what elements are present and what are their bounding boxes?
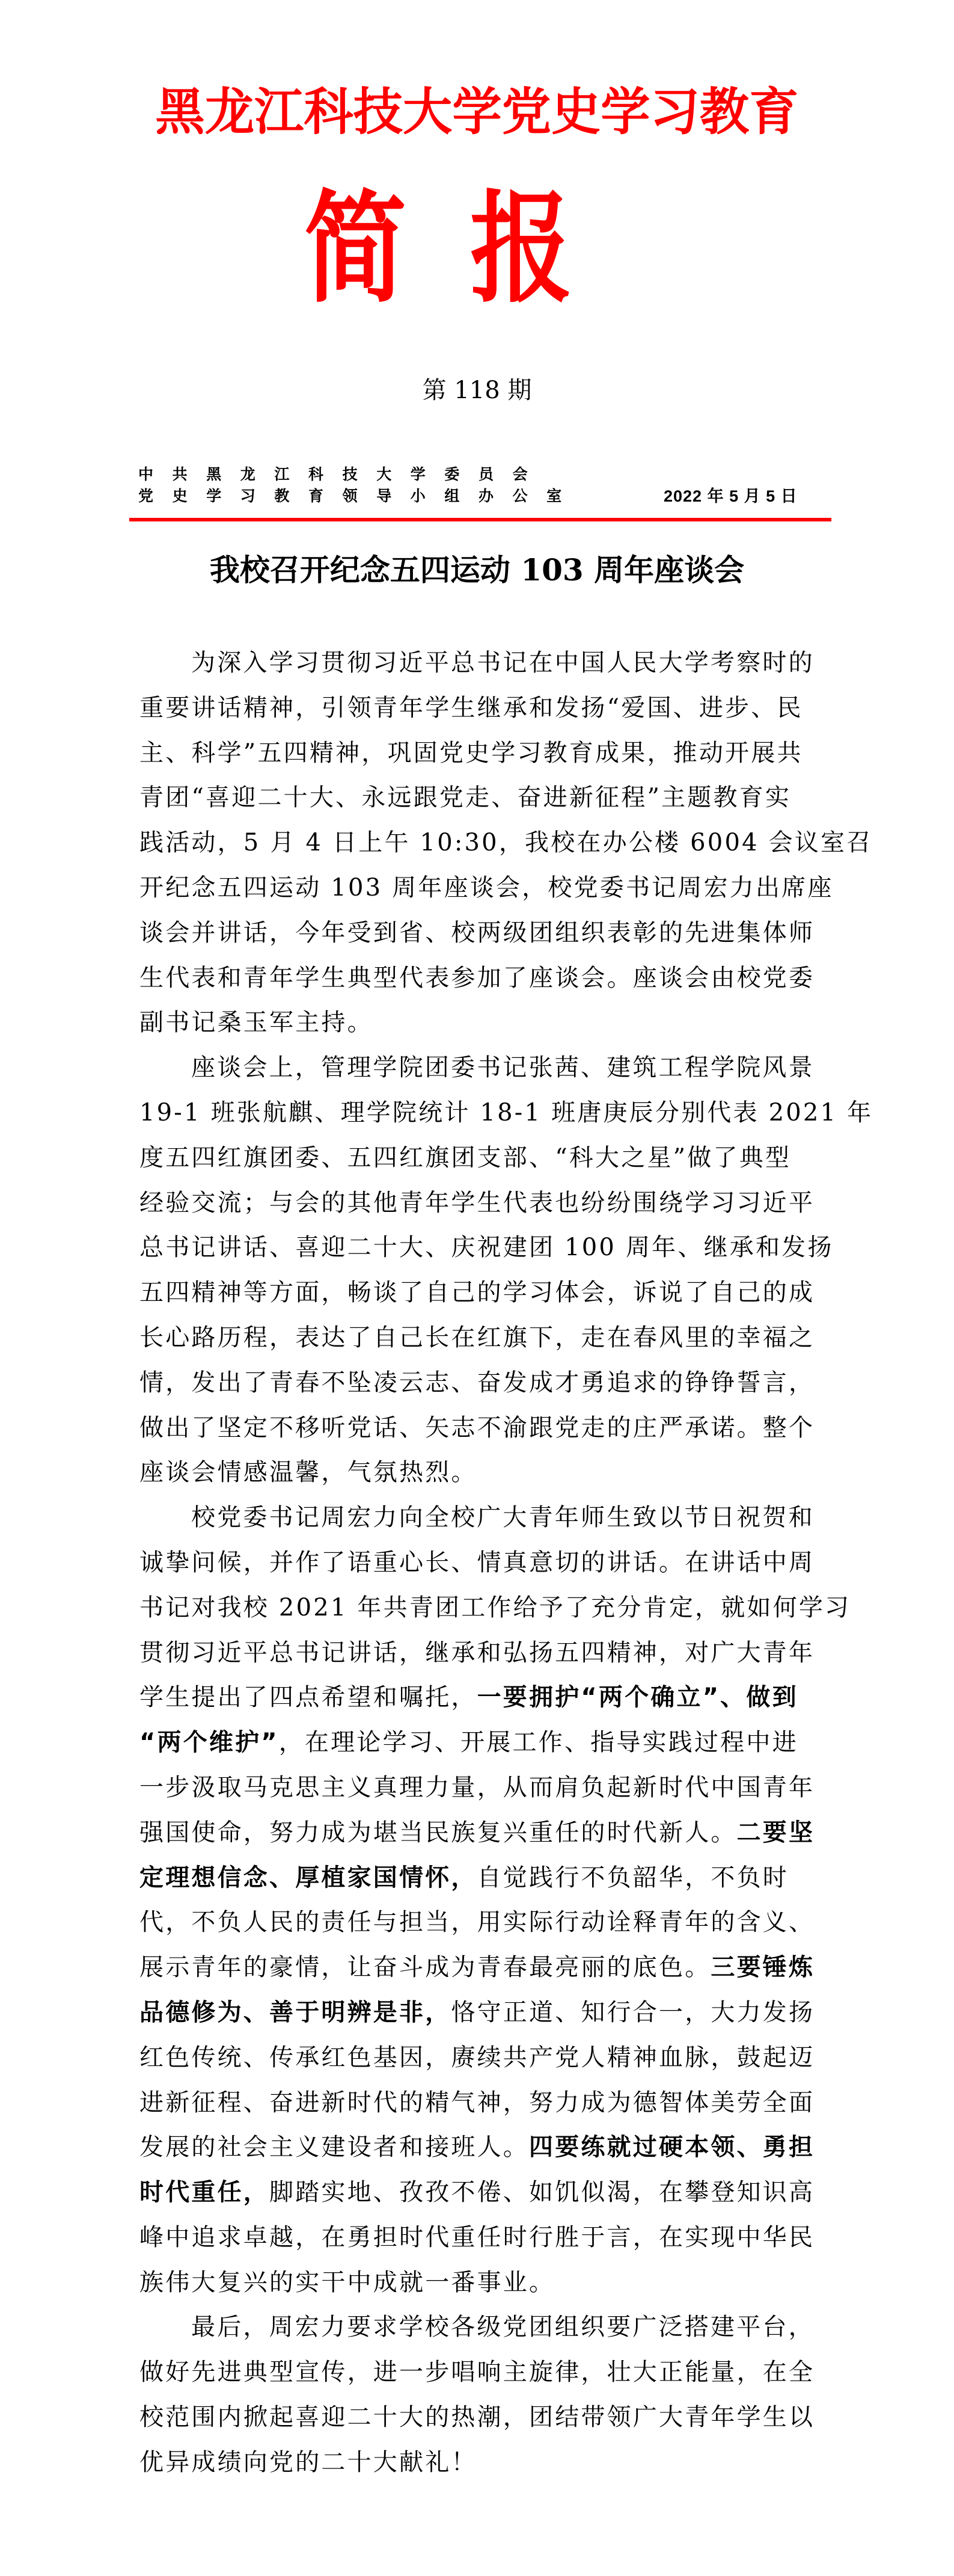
paragraph-3-line: “两个维护”，在理论学习、开展工作、指导实践过程中进 [139,1727,819,1772]
paragraph-1-line: 为深入学习贯彻习近平总书记在中国人民大学考察时的 [139,647,819,692]
paragraph-3-line: 强国使命，努力成为堪当民族复兴重任的时代新人。二要坚 [139,1817,819,1862]
body-text: 展示青年的豪情，让奋斗成为青春最亮丽的底色。 [139,1954,711,1981]
body-text: 代，不负人民的责任与担当，用实际行动诠释青年的含义、 [139,1908,815,1936]
red-divider-rule [129,518,831,521]
paragraph-4-line: 校范围内掀起喜迎二十大的热潮，团结带领广大青年学生以 [139,2402,819,2447]
body-text: 为深入学习贯彻习近平总书记在中国人民大学考察时的 [191,649,815,677]
body-text: 族伟大复兴的实干中成就一番事业。 [139,2269,555,2296]
paragraph-2-line: 做出了坚定不移听党话、矢志不渝跟党走的庄严承诺。整个 [139,1412,819,1457]
paragraph-3-line: 品德修为、善于明辨是非，恪守正道、知行合一，大力发扬 [139,1997,819,2042]
body-text: ，在理论学习、开展工作、指导实践过程中进 [279,1729,798,1756]
body-text: 发展的社会主义建设者和接班人。 [139,2133,529,2161]
masthead-char-jian: 简 [304,180,406,319]
body-text: 总书记讲话、喜迎二十大、庆祝建团 100 周年、继承和发扬 [139,1234,834,1261]
emphasized-text: 品德修为、善于明辨是非， [139,1999,451,2026]
body-text: 副书记桑玉军主持。 [139,1009,373,1036]
body-text: 长心路历程，表达了自己长在红旗下，走在春风里的幸福之 [139,1324,815,1351]
paragraph-3-line: 峰中追求卓越，在勇担时代重任时行胜于言，在实现中华民 [139,2222,819,2267]
paragraph-2-line: 长心路历程，表达了自己长在红旗下，走在春风里的幸福之 [139,1322,819,1367]
issuing-org-line-1: 中共黑龙江科技大学委员会 [138,466,546,484]
body-text: 诚挚问候，并作了语重心长、情真意切的讲话。在讲话中周 [139,1549,815,1576]
paragraph-3-line: 时代重任，脚踏实地、孜孜不倦、如饥似渴，在攀登知识高 [139,2177,819,2222]
body-text: 青团“喜迎二十大、永远跟党走、奋进新征程”主题教育实 [139,784,791,811]
paragraph-3-line: 书记对我校 2021 年共青团工作给予了充分肯定，就如何学习 [139,1592,819,1637]
emphasized-text: 四要练就过硬本领、勇担 [529,2133,815,2161]
paragraph-1-line: 践活动，5 月 4 日上午 10:30，我校在办公楼 6004 会议室召 [139,827,819,872]
body-text: 做好先进典型宣传，进一步唱响主旋律，壮大正能量，在全 [139,2358,815,2386]
body-text: 学生提出了四点希望和嘱托， [139,1683,477,1711]
body-text: 践活动，5 月 4 日上午 10:30，我校在办公楼 6004 会议室召 [139,829,872,856]
issue-date: 2022 年 5 月 5 日 [664,487,798,505]
paragraph-1-line: 谈会并讲话，今年受到省、校两级团组织表彰的先进集体师 [139,917,819,962]
paragraph-2-line: 座谈会上，管理学院团委书记张茜、建筑工程学院风景 [139,1052,819,1097]
body-text: 进新征程、奋进新时代的精气神，努力成为德智体美劳全面 [139,2089,815,2116]
emphasized-text: 三要锤炼 [711,1954,815,1981]
emphasized-text: 二要坚 [737,1819,815,1846]
masthead-char-bao: 报 [470,180,572,319]
paragraph-2-line: 19-1 班张航麒、理学院统计 18-1 班唐庚辰分别代表 2021 年 [139,1097,819,1142]
masthead-title: 黑龙江科技大学党史学习教育 [10,83,944,141]
paragraph-3-line: 族伟大复兴的实干中成就一番事业。 [139,2267,819,2312]
article-body: 为深入学习贯彻习近平总书记在中国人民大学考察时的重要讲话精神，引领青年学生继承和… [139,647,819,2492]
paragraph-2-line: 座谈会情感温馨，气氛热烈。 [139,1457,819,1502]
body-text: 座谈会上，管理学院团委书记张茜、建筑工程学院风景 [191,1054,815,1081]
paragraph-1-line: 主、科学”五四精神，巩固党史学习教育成果，推动开展共 [139,737,819,782]
paragraph-1-line: 副书记桑玉军主持。 [139,1007,819,1052]
paragraph-3-line: 代，不负人民的责任与担当，用实际行动诠释青年的含义、 [139,1907,819,1952]
body-text: 五四精神等方面，畅谈了自己的学习体会，诉说了自己的成 [139,1279,815,1306]
paragraph-3-line: 学生提出了四点希望和嘱托，一要拥护“两个确立”、做到 [139,1682,819,1727]
body-text: 一步汲取马克思主义真理力量，从而肩负起新时代中国青年 [139,1774,815,1801]
paragraph-3-line: 一步汲取马克思主义真理力量，从而肩负起新时代中国青年 [139,1772,819,1817]
paragraph-3-line: 校党委书记周宏力向全校广大青年师生致以节日祝贺和 [139,1502,819,1547]
body-text: 恪守正道、知行合一，大力发扬 [451,1999,815,2026]
body-text: 最后，周宏力要求学校各级党团组织要广泛搭建平台， [191,2313,815,2341]
paragraph-1-line: 青团“喜迎二十大、永远跟党走、奋进新征程”主题教育实 [139,782,819,827]
paragraph-2-line: 情，发出了青春不坠凌云志、奋发成才勇追求的铮铮誓言， [139,1367,819,1412]
paragraph-2-line: 总书记讲话、喜迎二十大、庆祝建团 100 周年、继承和发扬 [139,1232,819,1277]
issue-number: 第 118 期 [0,375,954,405]
paragraph-1-line: 开纪念五四运动 103 周年座谈会，校党委书记周宏力出席座 [139,872,819,917]
body-text: 书记对我校 2021 年共青团工作给予了充分肯定，就如何学习 [139,1594,851,1622]
paragraph-1-line: 生代表和青年学生典型代表参加了座谈会。座谈会由校党委 [139,962,819,1007]
issuing-org-line-2: 党史学习教育领导小组办公室 [138,487,581,505]
body-text: 校党委书记周宏力向全校广大青年师生致以节日祝贺和 [191,1504,815,1531]
body-text: 情，发出了青春不坠凌云志、奋发成才勇追求的铮铮誓言， [139,1369,815,1397]
emphasized-text: 一要拥护“两个确立”、做到 [477,1683,798,1711]
body-text: 重要讲话精神，引领青年学生继承和发扬“爱国、进步、民 [139,694,803,722]
body-text: 优异成绩向党的二十大献礼！ [139,2448,477,2476]
paragraph-3-line: 定理想信念、厚植家国情怀，自觉践行不负韶华，不负时 [139,1862,819,1907]
paragraph-4-line: 优异成绩向党的二十大献礼！ [139,2447,819,2492]
body-text: 主、科学”五四精神，巩固党史学习教育成果，推动开展共 [139,739,803,767]
body-text: 生代表和青年学生典型代表参加了座谈会。座谈会由校党委 [139,964,815,992]
paragraph-4-line: 做好先进典型宣传，进一步唱响主旋律，壮大正能量，在全 [139,2356,819,2402]
paragraph-2-line: 经验交流；与会的其他青年学生代表也纷纷围绕学习习近平 [139,1187,819,1232]
body-text: 自觉践行不负韶华，不负时 [477,1864,789,1892]
body-text: 强国使命，努力成为堪当民族复兴重任的时代新人。 [139,1819,737,1846]
body-text: 开纪念五四运动 103 周年座谈会，校党委书记周宏力出席座 [139,874,834,902]
body-text: 19-1 班张航麒、理学院统计 18-1 班唐庚辰分别代表 2021 年 [139,1099,873,1127]
body-text: 校范围内掀起喜迎二十大的热潮，团结带领广大青年学生以 [139,2403,815,2431]
emphasized-text: “两个维护” [139,1729,279,1756]
paragraph-3-line: 红色传统、传承红色基因，赓续共产党人精神血脉，鼓起迈 [139,2042,819,2087]
paragraph-2-line: 五四精神等方面，畅谈了自己的学习体会，诉说了自己的成 [139,1277,819,1322]
body-text: 峰中追求卓越，在勇担时代重任时行胜于言，在实现中华民 [139,2224,815,2251]
body-text: 座谈会情感温馨，气氛热烈。 [139,1459,477,1486]
article-headline: 我校召开纪念五四运动 103 周年座谈会 [0,551,954,589]
paragraph-2-line: 度五四红旗团委、五四红旗团支部、“科大之星”做了典型 [139,1142,819,1187]
body-text: 经验交流；与会的其他青年学生代表也纷纷围绕学习习近平 [139,1189,815,1217]
body-text: 谈会并讲话，今年受到省、校两级团组织表彰的先进集体师 [139,919,815,947]
paragraph-3-line: 进新征程、奋进新时代的精气神，努力成为德智体美劳全面 [139,2087,819,2132]
body-text: 红色传统、传承红色基因，赓续共产党人精神血脉，鼓起迈 [139,2044,815,2071]
emphasized-text: 定理想信念、厚植家国情怀， [139,1864,477,1892]
emphasized-text: 时代重任， [139,2178,269,2206]
paragraph-3-line: 发展的社会主义建设者和接班人。四要练就过硬本领、勇担 [139,2132,819,2177]
paragraph-1-line: 重要讲话精神，引领青年学生继承和发扬“爱国、进步、民 [139,692,819,737]
body-text: 做出了坚定不移听党话、矢志不渝跟党走的庄严承诺。整个 [139,1414,815,1442]
body-text: 贯彻习近平总书记讲话，继承和弘扬五四精神，对广大青年 [139,1639,815,1667]
body-text: 脚踏实地、孜孜不倦、如饥似渴，在攀登知识高 [269,2178,815,2206]
bulletin-page: 黑龙江科技大学党史学习教育 简 报 第 118 期 中共黑龙江科技大学委员会 党… [0,0,954,2576]
paragraph-4-line: 最后，周宏力要求学校各级党团组织要广泛搭建平台， [139,2311,819,2356]
paragraph-3-line: 诚挚问候，并作了语重心长、情真意切的讲话。在讲话中周 [139,1547,819,1592]
paragraph-3-line: 贯彻习近平总书记讲话，继承和弘扬五四精神，对广大青年 [139,1637,819,1682]
paragraph-3-line: 展示青年的豪情，让奋斗成为青春最亮丽的底色。三要锤炼 [139,1952,819,1997]
body-text: 度五四红旗团委、五四红旗团支部、“科大之星”做了典型 [139,1144,791,1172]
masthead-bulletin-label: 简 报 [0,180,954,319]
